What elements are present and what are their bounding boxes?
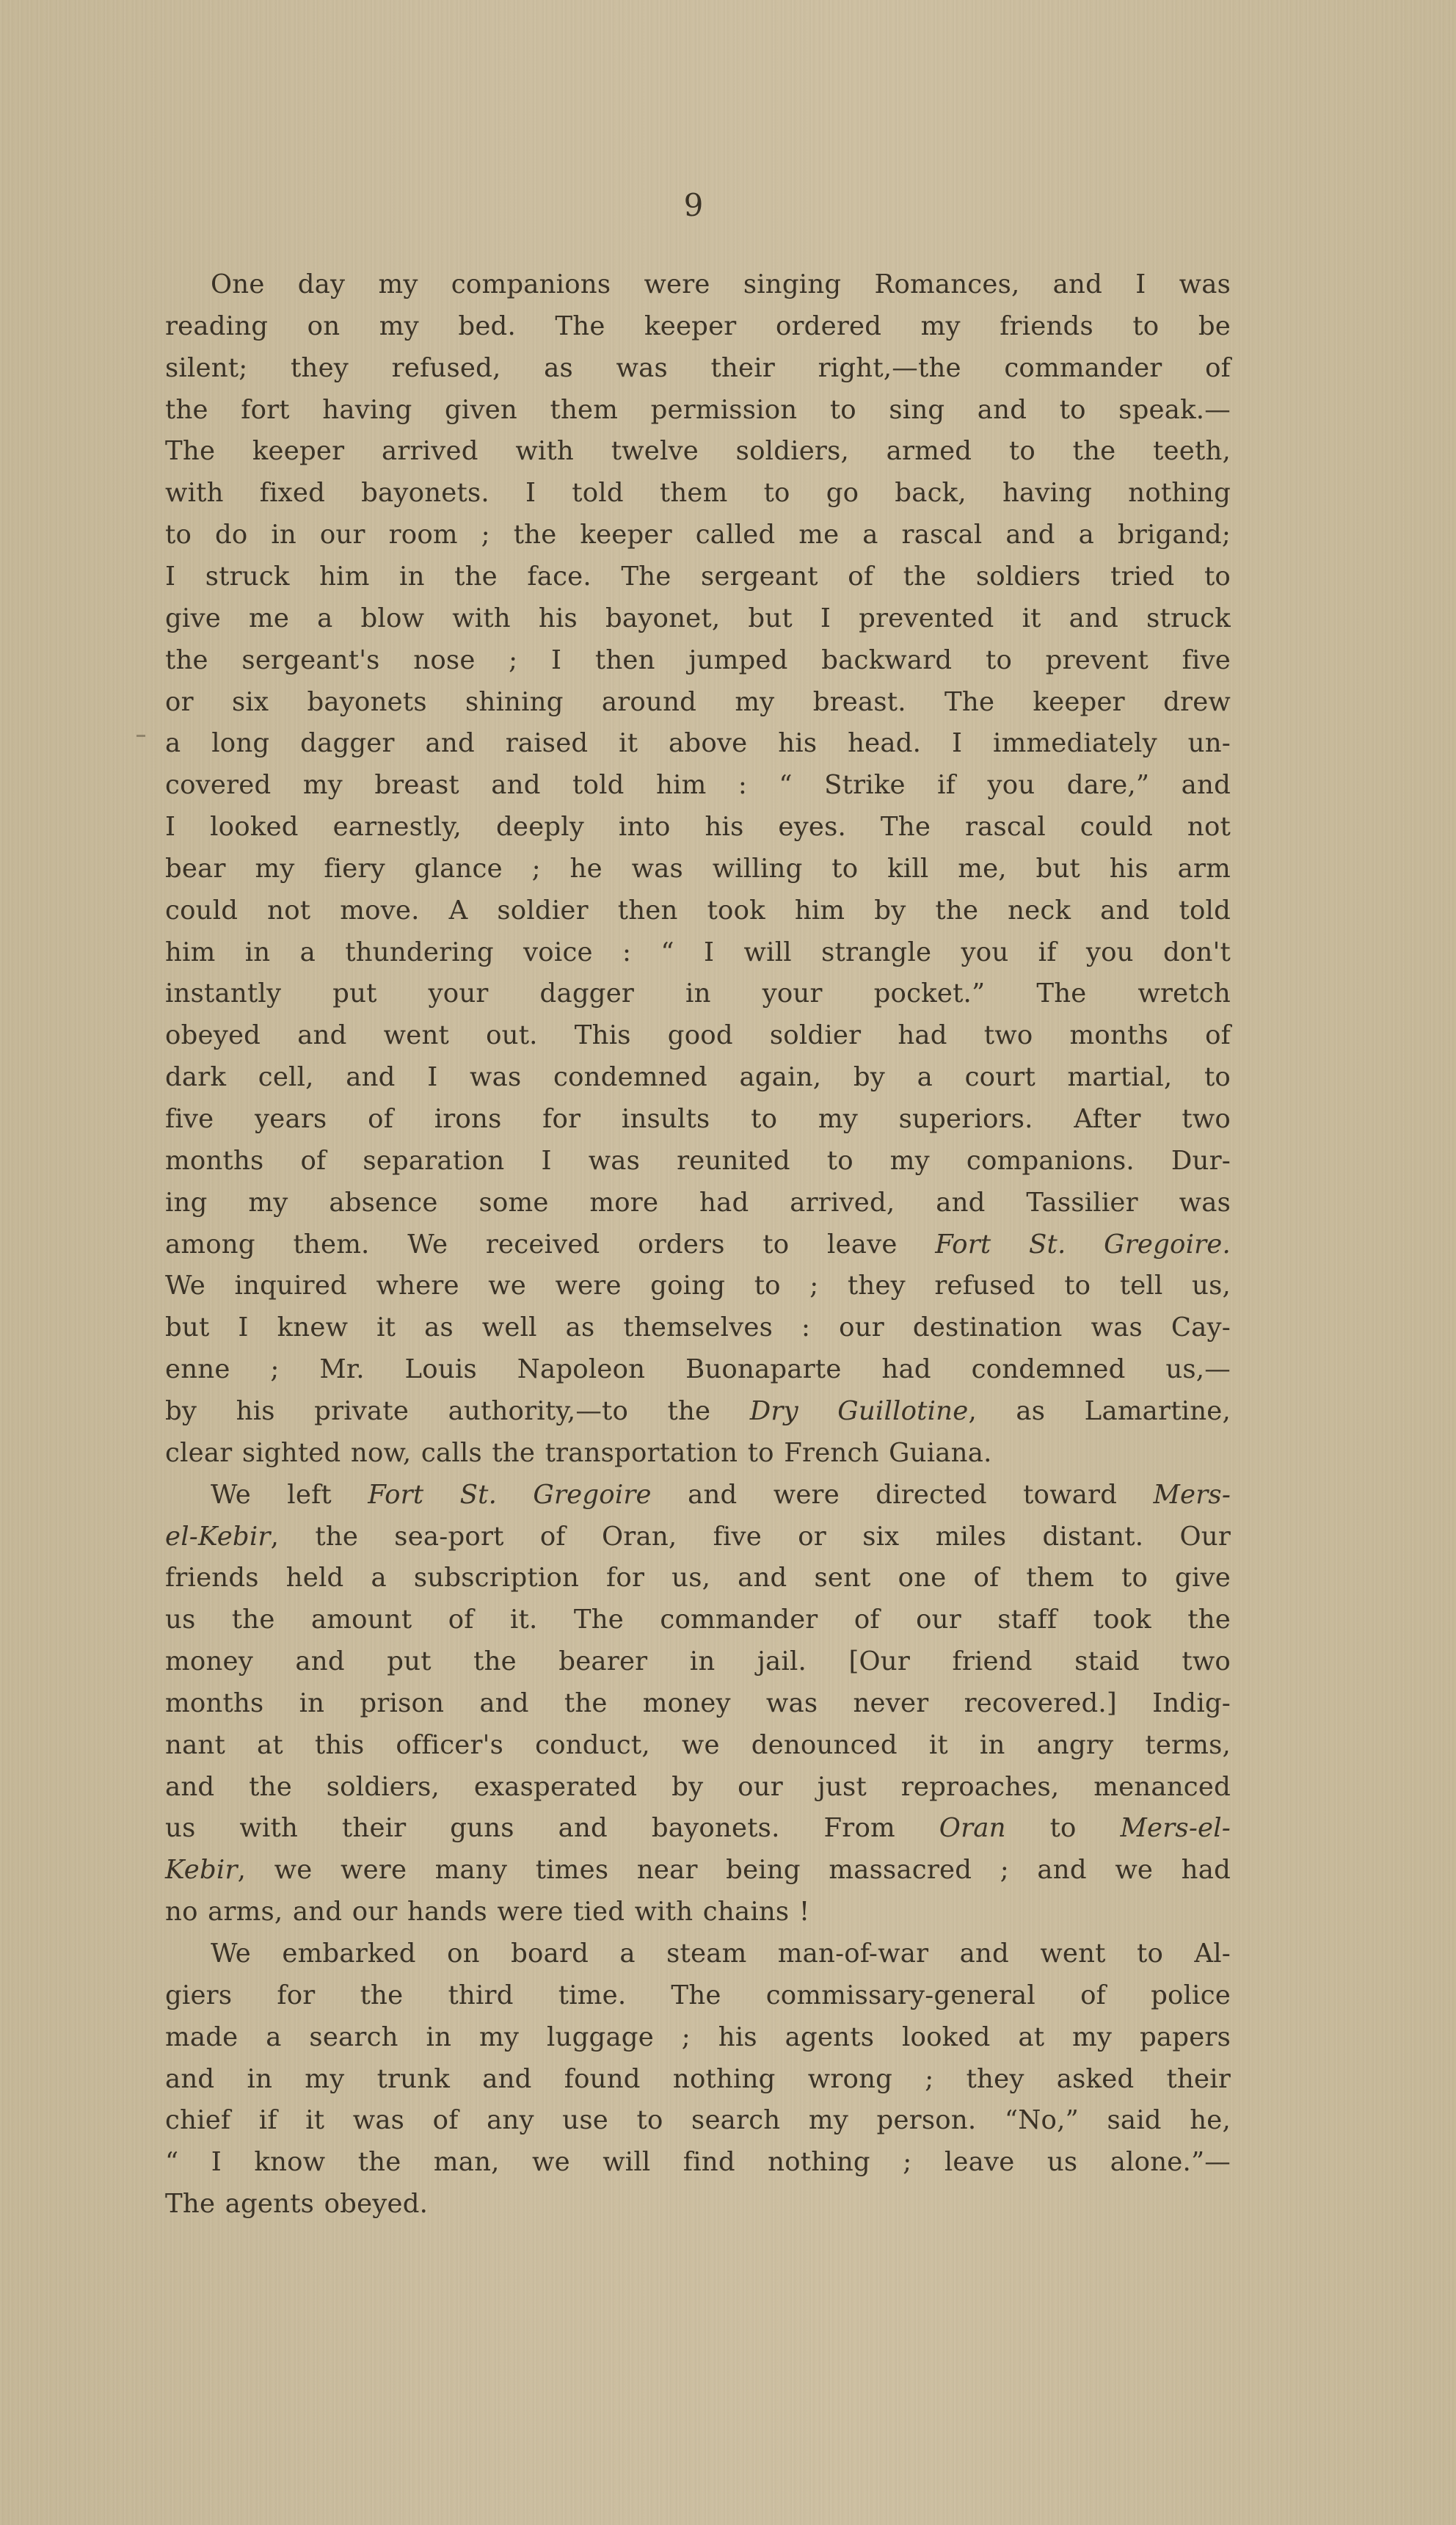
text-span: The keeper arrived with twelve soldiers,… <box>165 436 1231 466</box>
text-span: The agents obeyed. <box>165 2189 428 2219</box>
text-line: and in my trunk and found nothing wrong … <box>165 2059 1231 2100</box>
text-span: enne ; Mr. Louis Napoleon Buonaparte had… <box>165 1354 1231 1384</box>
text-line: could not move. A soldier then took him … <box>165 890 1231 931</box>
text-line: We inquired where we were going to ; the… <box>165 1265 1231 1307</box>
italic-text: Kebir <box>165 1855 238 1885</box>
text-span: , we were many times near being massacre… <box>238 1855 1231 1885</box>
text-line: us the amount of it. The commander of ou… <box>165 1599 1231 1641</box>
text-span: him in a thundering voice : “ I will str… <box>165 937 1231 967</box>
text-span: made a search in my luggage ; his agents… <box>165 2022 1231 2052</box>
text-line: by his private authority,—to the Dry Gui… <box>165 1391 1231 1432</box>
text-line: bear my fiery glance ; he was willing to… <box>165 849 1231 890</box>
italic-text: Mers- <box>1153 1480 1231 1510</box>
text-line: I struck him in the face. The sergeant o… <box>165 556 1231 597</box>
text-line: We embarked on board a steam man-of-war … <box>211 1933 1231 1974</box>
text-span: clear sighted now, calls the transportat… <box>165 1438 992 1468</box>
text-span: We inquired where we were going to ; the… <box>165 1271 1231 1301</box>
text-span: and in my trunk and found nothing wrong … <box>165 2064 1231 2094</box>
text-span: could not move. A soldier then took him … <box>165 895 1231 926</box>
text-line: and the soldiers, exasperated by our jus… <box>165 1767 1231 1808</box>
text-span: money and put the bearer in jail. [Our f… <box>165 1646 1231 1676</box>
text-line: to do in our room ; the keeper called me… <box>165 515 1231 556</box>
text-span: and were directed toward <box>652 1480 1154 1510</box>
text-span: , as Lamartine, <box>968 1396 1231 1426</box>
italic-text: Mers-el- <box>1120 1813 1231 1843</box>
text-span: five years of irons for insults to my su… <box>165 1104 1231 1134</box>
text-span: I struck him in the face. The sergeant o… <box>165 562 1231 592</box>
text-span: the sergeant's nose ; I then jumped back… <box>165 645 1231 675</box>
text-line: nant at this officer's conduct, we denou… <box>165 1725 1231 1766</box>
text-line: the fort having given them permission to… <box>165 390 1231 431</box>
text-line: him in a thundering voice : “ I will str… <box>165 932 1231 973</box>
text-span: reading on my bed. The keeper ordered my… <box>165 311 1231 341</box>
text-span: chief if it was of any use to search my … <box>165 2105 1231 2135</box>
text-span: us the amount of it. The commander of ou… <box>165 1605 1231 1635</box>
text-span: covered my breast and told him : “ Strik… <box>165 770 1231 800</box>
text-line: We left Fort St. Gregoire and were direc… <box>211 1475 1231 1516</box>
text-span: ing my absence some more had arrived, an… <box>165 1188 1231 1218</box>
text-span: with fixed bayonets. I told them to go b… <box>165 478 1231 508</box>
text-line: a long dagger and raised it above his he… <box>165 723 1231 764</box>
text-line: or six bayonets shining around my breast… <box>165 682 1231 723</box>
text-line: give me a blow with his bayonet, but I p… <box>165 598 1231 639</box>
text-span: but I knew it as well as themselves : ou… <box>165 1312 1231 1343</box>
text-line: “ I know the man, we will find nothing ;… <box>165 2142 1231 2183</box>
text-line: us with their guns and bayonets. From Or… <box>165 1808 1231 1849</box>
text-span: , the sea-port of Oran, five or six mile… <box>271 1522 1231 1552</box>
text-span: a long dagger and raised it above his he… <box>165 728 1231 758</box>
text-line: friends held a subscription for us, and … <box>165 1558 1231 1599</box>
text-span: by his private authority,—to the <box>165 1396 750 1426</box>
text-span: dark cell, and I was condemned again, by… <box>165 1062 1231 1092</box>
text-span: I looked earnestly, deeply into his eyes… <box>165 812 1231 842</box>
text-span: among them. We received orders to leave <box>165 1229 935 1260</box>
text-line: money and put the bearer in jail. [Our f… <box>165 1641 1231 1682</box>
text-line: clear sighted now, calls the transportat… <box>165 1433 1231 1474</box>
italic-text: Oran <box>939 1813 1006 1843</box>
text-line: obeyed and went out. This good soldier h… <box>165 1015 1231 1056</box>
text-span: and the soldiers, exasperated by our jus… <box>165 1772 1231 1802</box>
page-number: 9 <box>675 185 712 226</box>
text-span: give me a blow with his bayonet, but I p… <box>165 603 1231 633</box>
italic-text: Fort St. Gregoire. <box>935 1229 1231 1260</box>
text-line: with fixed bayonets. I told them to go b… <box>165 473 1231 514</box>
text-span: months in prison and the money was never… <box>165 1688 1231 1718</box>
text-span: no arms, and our hands were tied with ch… <box>165 1897 809 1927</box>
text-span: us with their guns and bayonets. From <box>165 1813 939 1843</box>
text-span: obeyed and went out. This good soldier h… <box>165 1020 1231 1050</box>
text-span: months of separation I was reunited to m… <box>165 1146 1231 1176</box>
text-line: el-Kebir, the sea-port of Oran, five or … <box>165 1516 1231 1558</box>
text-line: chief if it was of any use to search my … <box>165 2100 1231 2141</box>
text-span: to <box>1006 1813 1121 1843</box>
italic-text: Dry Guillotine <box>750 1396 969 1426</box>
text-line: The agents obeyed. <box>165 2184 1231 2225</box>
text-span: We embarked on board a steam man-of-war … <box>211 1939 1231 1969</box>
text-line: months in prison and the money was never… <box>165 1683 1231 1724</box>
text-line: reading on my bed. The keeper ordered my… <box>165 306 1231 347</box>
text-line: five years of irons for insults to my su… <box>165 1099 1231 1140</box>
text-line: months of separation I was reunited to m… <box>165 1141 1231 1182</box>
text-span: silent; they refused, as was their right… <box>165 353 1231 383</box>
text-span: bear my fiery glance ; he was willing to… <box>165 854 1231 884</box>
text-line: dark cell, and I was condemned again, by… <box>165 1057 1231 1098</box>
text-line: instantly put your dagger in your pocket… <box>165 973 1231 1014</box>
text-line: I looked earnestly, deeply into his eyes… <box>165 807 1231 848</box>
text-line: enne ; Mr. Louis Napoleon Buonaparte had… <box>165 1349 1231 1390</box>
text-line: made a search in my luggage ; his agents… <box>165 2017 1231 2058</box>
text-span: nant at this officer's conduct, we denou… <box>165 1730 1231 1760</box>
text-span: or six bayonets shining around my breast… <box>165 687 1231 717</box>
text-line: no arms, and our hands were tied with ch… <box>165 1892 1231 1933</box>
text-span: giers for the third time. The commissary… <box>165 1980 1231 2010</box>
text-line: giers for the third time. The commissary… <box>165 1975 1231 2016</box>
text-line: ing my absence some more had arrived, an… <box>165 1182 1231 1224</box>
text-span: friends held a subscription for us, and … <box>165 1563 1231 1593</box>
text-line: but I knew it as well as themselves : ou… <box>165 1307 1231 1348</box>
italic-text: Fort St. Gregoire <box>368 1480 652 1510</box>
text-line: among them. We received orders to leave … <box>165 1224 1231 1265</box>
text-line: silent; they refused, as was their right… <box>165 348 1231 389</box>
margin-stray-mark <box>136 735 145 737</box>
text-line: the sergeant's nose ; I then jumped back… <box>165 640 1231 681</box>
text-span: to do in our room ; the keeper called me… <box>165 520 1231 550</box>
text-line: The keeper arrived with twelve soldiers,… <box>165 431 1231 472</box>
text-span: We left <box>211 1480 368 1510</box>
italic-text: el-Kebir <box>165 1522 271 1552</box>
text-span: One day my companions were singing Roman… <box>211 269 1231 299</box>
text-line: Kebir, we were many times near being mas… <box>165 1850 1231 1891</box>
text-span: instantly put your dagger in your pocket… <box>165 978 1231 1009</box>
text-line: One day my companions were singing Roman… <box>211 264 1231 305</box>
text-span: “ I know the man, we will find nothing ;… <box>165 2147 1231 2177</box>
text-line: covered my breast and told him : “ Strik… <box>165 765 1231 806</box>
text-span: the fort having given them permission to… <box>165 395 1231 425</box>
